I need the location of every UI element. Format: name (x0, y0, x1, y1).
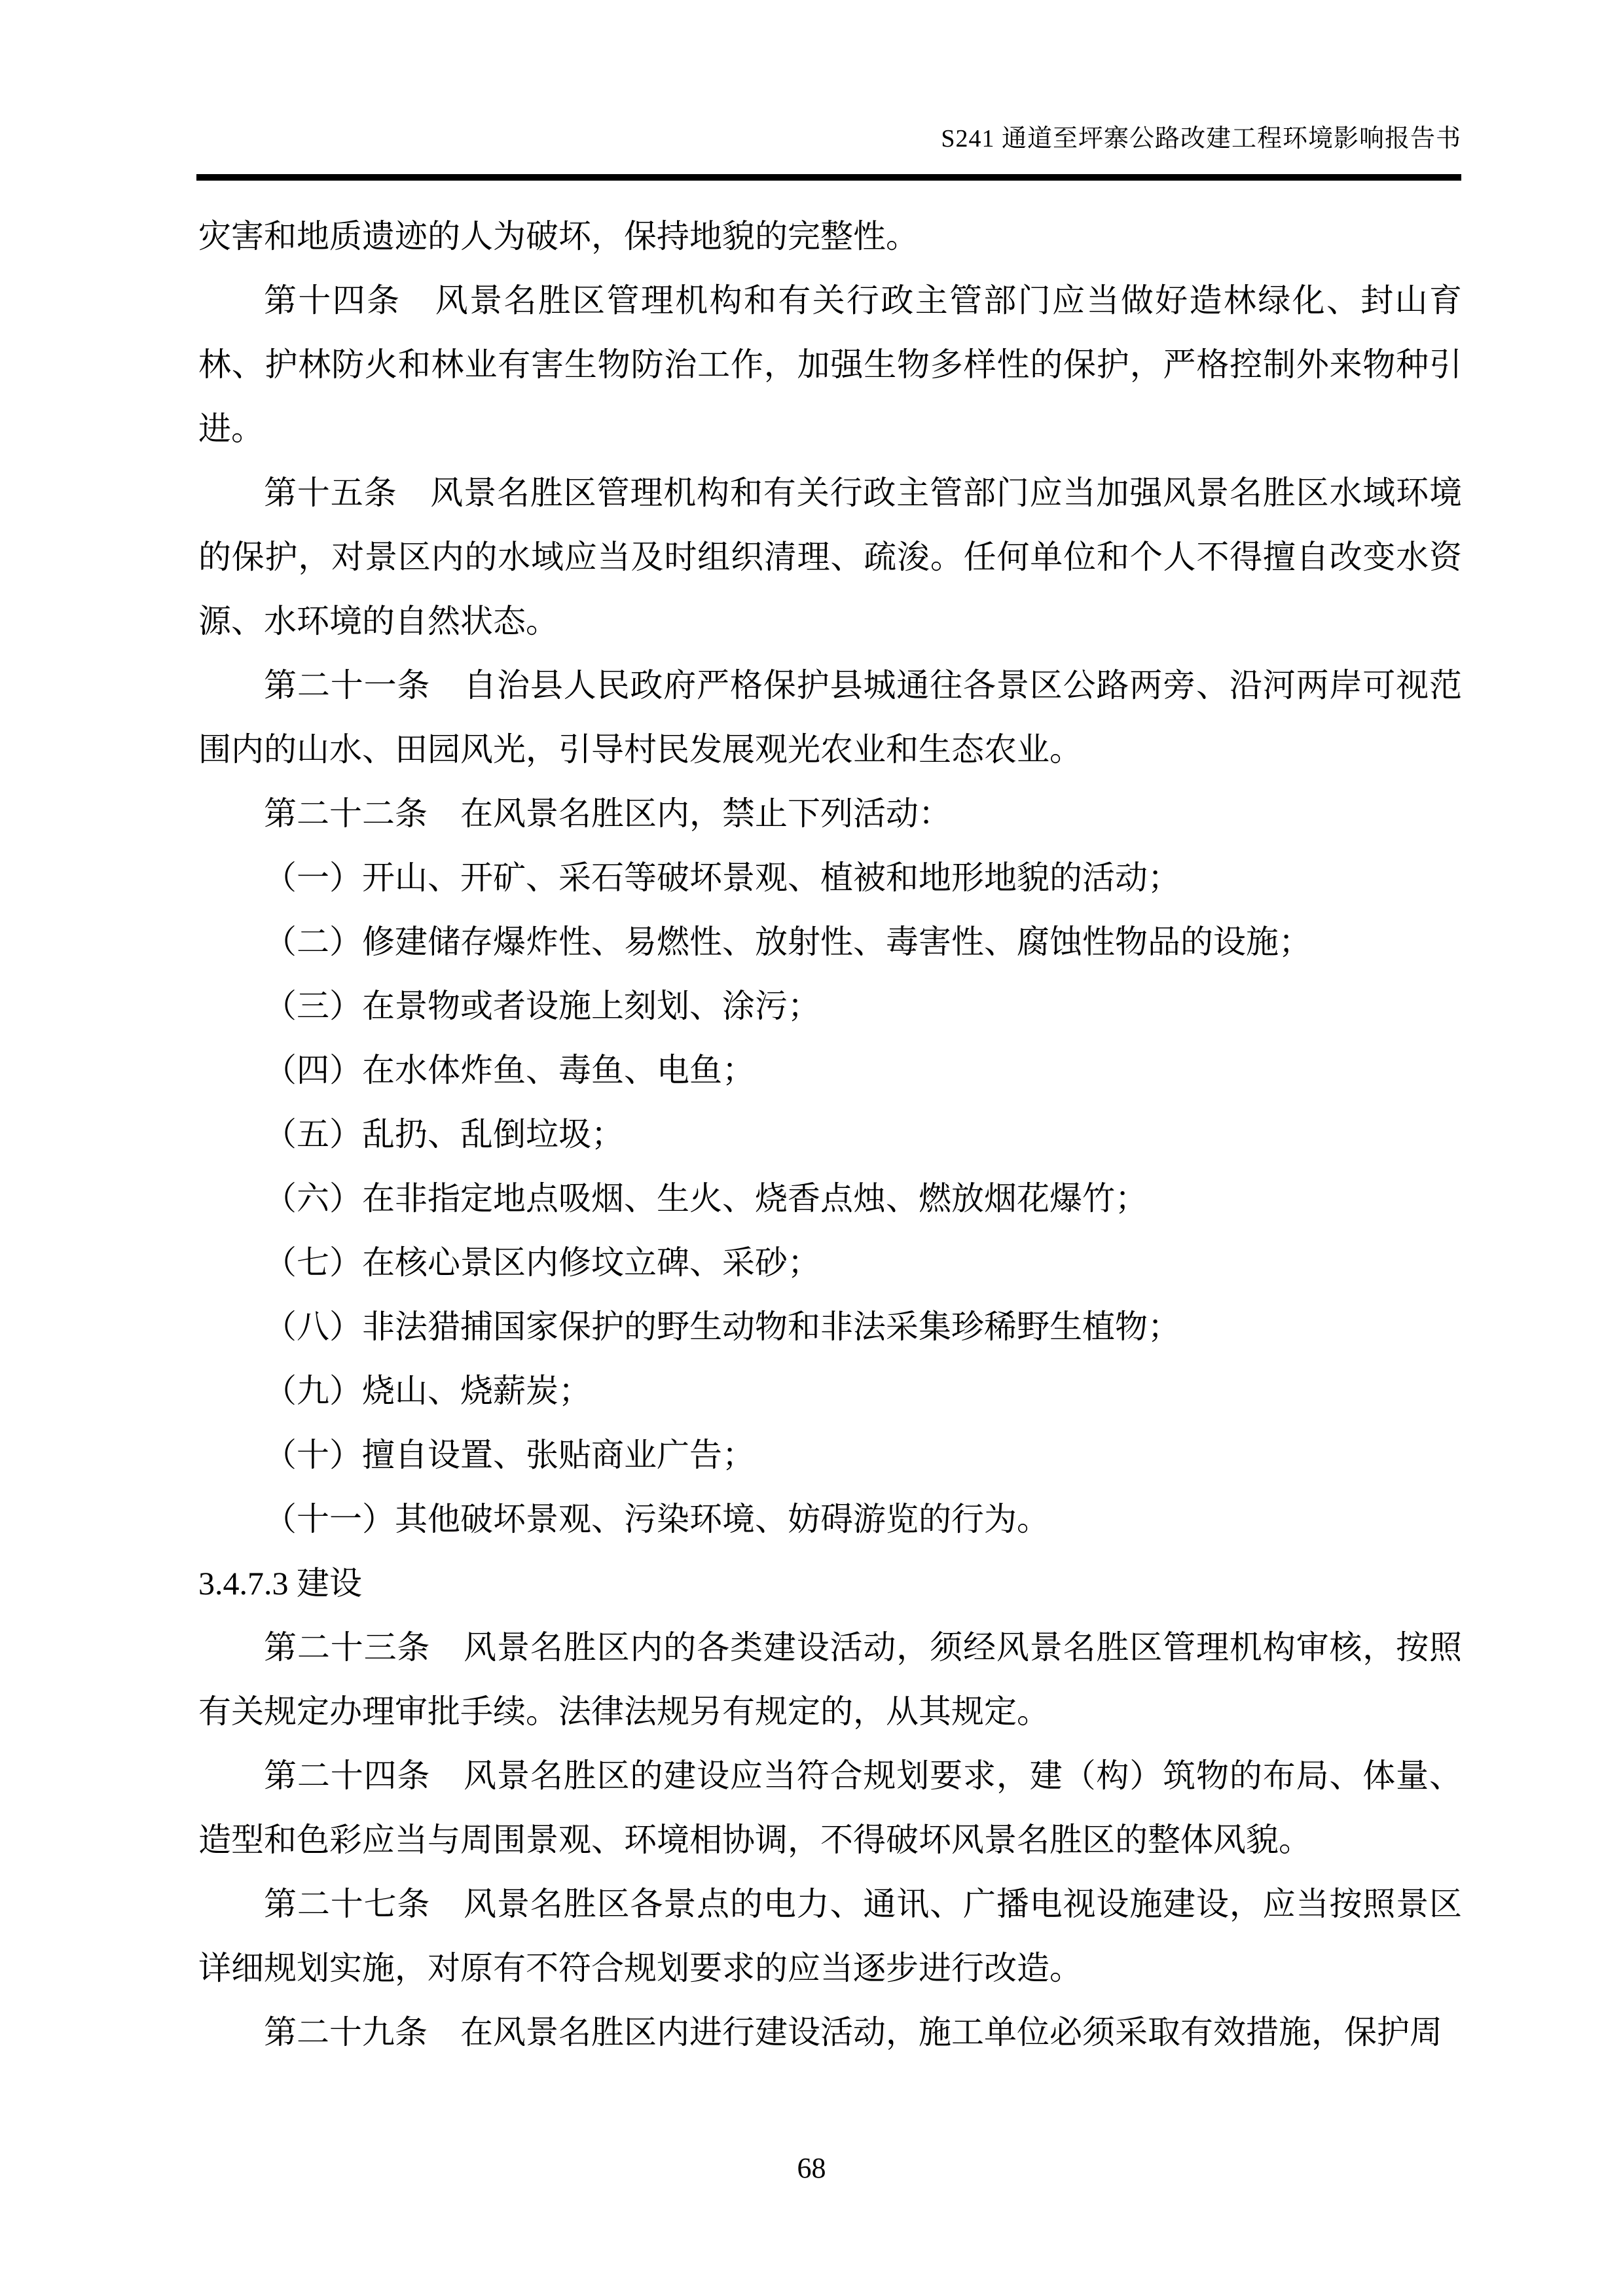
paragraph: 第二十三条 风景名胜区内的各类建设活动，须经风景名胜区管理机构审核，按照有关规定… (198, 1615, 1462, 1744)
paragraph: 第二十七条 风景名胜区各景点的电力、通讯、广播电视设施建设，应当按照景区详细规划… (198, 1872, 1462, 2000)
paragraph: （四）在水体炸鱼、毒鱼、电鱼； (198, 1038, 1462, 1102)
document-body: 灾害和地质遗迹的人为破坏，保持地貌的完整性。第十四条 风景名胜区管理机构和有关行… (198, 204, 1462, 2064)
paragraph: 第二十二条 在风景名胜区内，禁止下列活动： (198, 781, 1462, 846)
paragraph: （一）开山、开矿、采石等破坏景观、植被和地形地貌的活动； (198, 846, 1462, 910)
paragraph: （二）修建储存爆炸性、易燃性、放射性、毒害性、腐蚀性物品的设施； (198, 910, 1462, 974)
header-rule-divider (196, 174, 1461, 181)
paragraph: （十）擅自设置、张贴商业广告； (198, 1423, 1462, 1487)
paragraph: （七）在核心景区内修坟立碑、采砂； (198, 1230, 1462, 1295)
paragraph: （九）烧山、烧薪炭； (198, 1359, 1462, 1423)
paragraph: （八）非法猎捕国家保护的野生动物和非法采集珍稀野生植物； (198, 1295, 1462, 1359)
paragraph: （五）乱扔、乱倒垃圾； (198, 1102, 1462, 1166)
paragraph: 第二十一条 自治县人民政府严格保护县城通往各景区公路两旁、沿河两岸可视范围内的山… (198, 653, 1462, 781)
paragraph: 第十四条 风景名胜区管理机构和有关行政主管部门应当做好造林绿化、封山育林、护林防… (198, 268, 1462, 461)
document-page: S241 通道至坪寨公路改建工程环境影响报告书 灾害和地质遗迹的人为破坏，保持地… (0, 0, 1623, 2296)
paragraph: 第二十九条 在风景名胜区内进行建设活动，施工单位必须采取有效措施，保护周 (198, 2000, 1462, 2064)
page-header-title: S241 通道至坪寨公路改建工程环境影响报告书 (196, 122, 1461, 156)
paragraph: （六）在非指定地点吸烟、生火、烧香点烛、燃放烟花爆竹； (198, 1166, 1462, 1230)
paragraph: 第十五条 风景名胜区管理机构和有关行政主管部门应当加强风景名胜区水域环境的保护，… (198, 461, 1462, 653)
page-number: 68 (0, 2150, 1623, 2187)
section-heading: 3.4.7.3 建设 (198, 1551, 1462, 1615)
paragraph: 第二十四条 风景名胜区的建设应当符合规划要求，建（构）筑物的布局、体量、造型和色… (198, 1744, 1462, 1872)
paragraph: 灾害和地质遗迹的人为破坏，保持地貌的完整性。 (198, 204, 1462, 268)
paragraph: （三）在景物或者设施上刻划、涂污； (198, 974, 1462, 1038)
paragraph: （十一）其他破坏景观、污染环境、妨碍游览的行为。 (198, 1487, 1462, 1551)
